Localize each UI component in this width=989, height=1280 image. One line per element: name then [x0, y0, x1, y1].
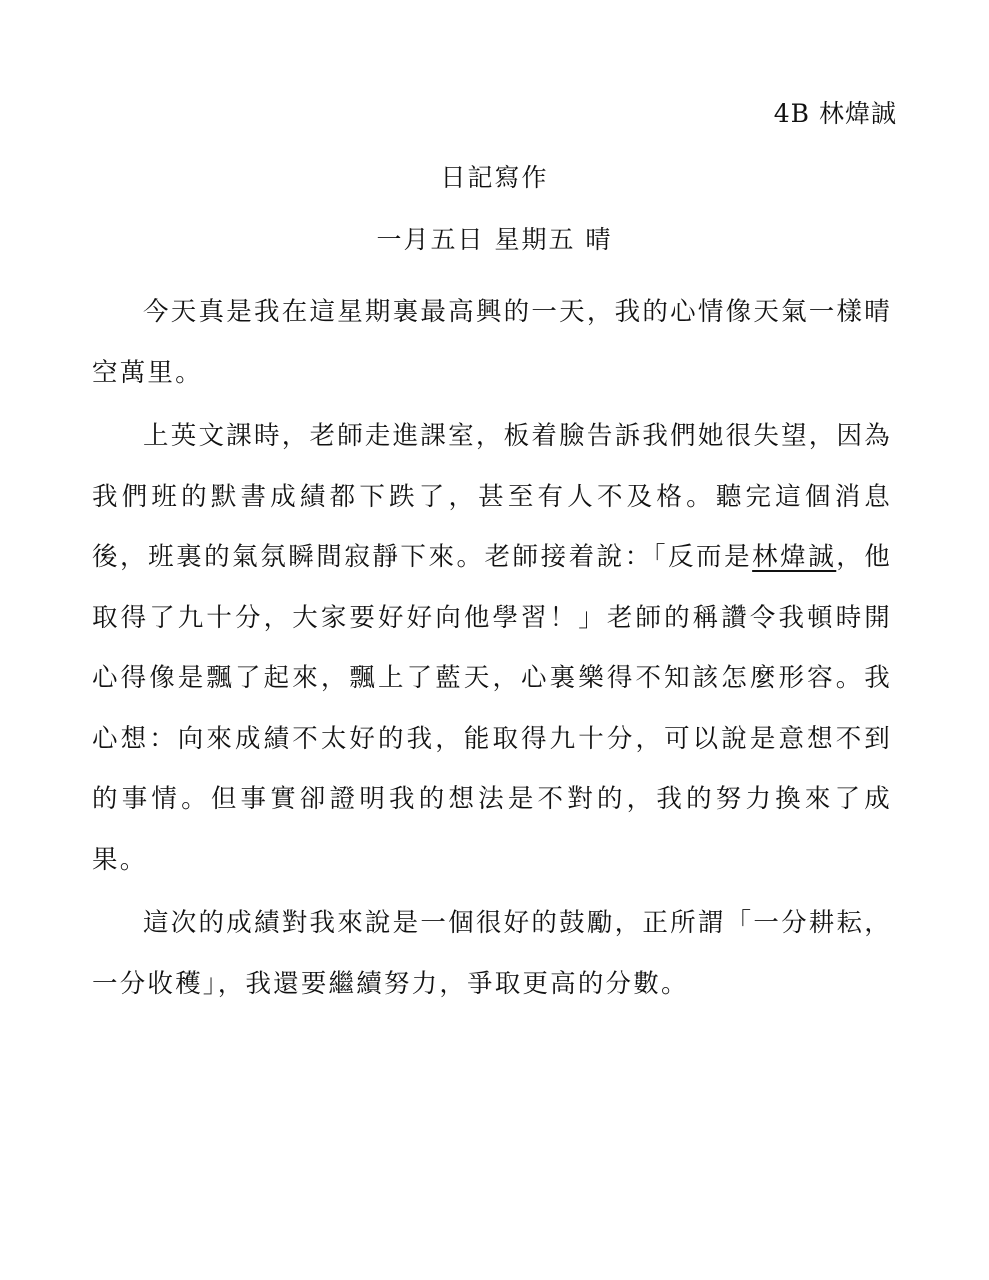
document-title: 日記寫作: [0, 160, 989, 196]
paragraph-2-after: ，他取得了九十分，大家要好好向他學習！」老師的稱讚令我頓時開心得像是飄了起來，飄…: [92, 542, 892, 875]
underlined-name: 林煒誠: [752, 542, 836, 572]
paragraph-1: 今天真是我在這星期裏最高興的一天，我的心情像天氣一樣晴空萬里。: [92, 282, 892, 403]
paragraph-3: 這次的成績對我來說是一個很好的鼓勵，正所謂「一分耕耘，一分收穫」，我還要繼續努力…: [92, 893, 892, 1014]
diary-date: 一月五日 星期五 晴: [0, 222, 989, 258]
author-line: 4B 林煒誠: [774, 96, 897, 132]
diary-body: 今天真是我在這星期裏最高興的一天，我的心情像天氣一樣晴空萬里。 上英文課時，老師…: [92, 282, 892, 1017]
paragraph-2: 上英文課時，老師走進課室，板着臉告訴我們她很失望，因為我們班的默書成績都下跌了，…: [92, 406, 892, 890]
